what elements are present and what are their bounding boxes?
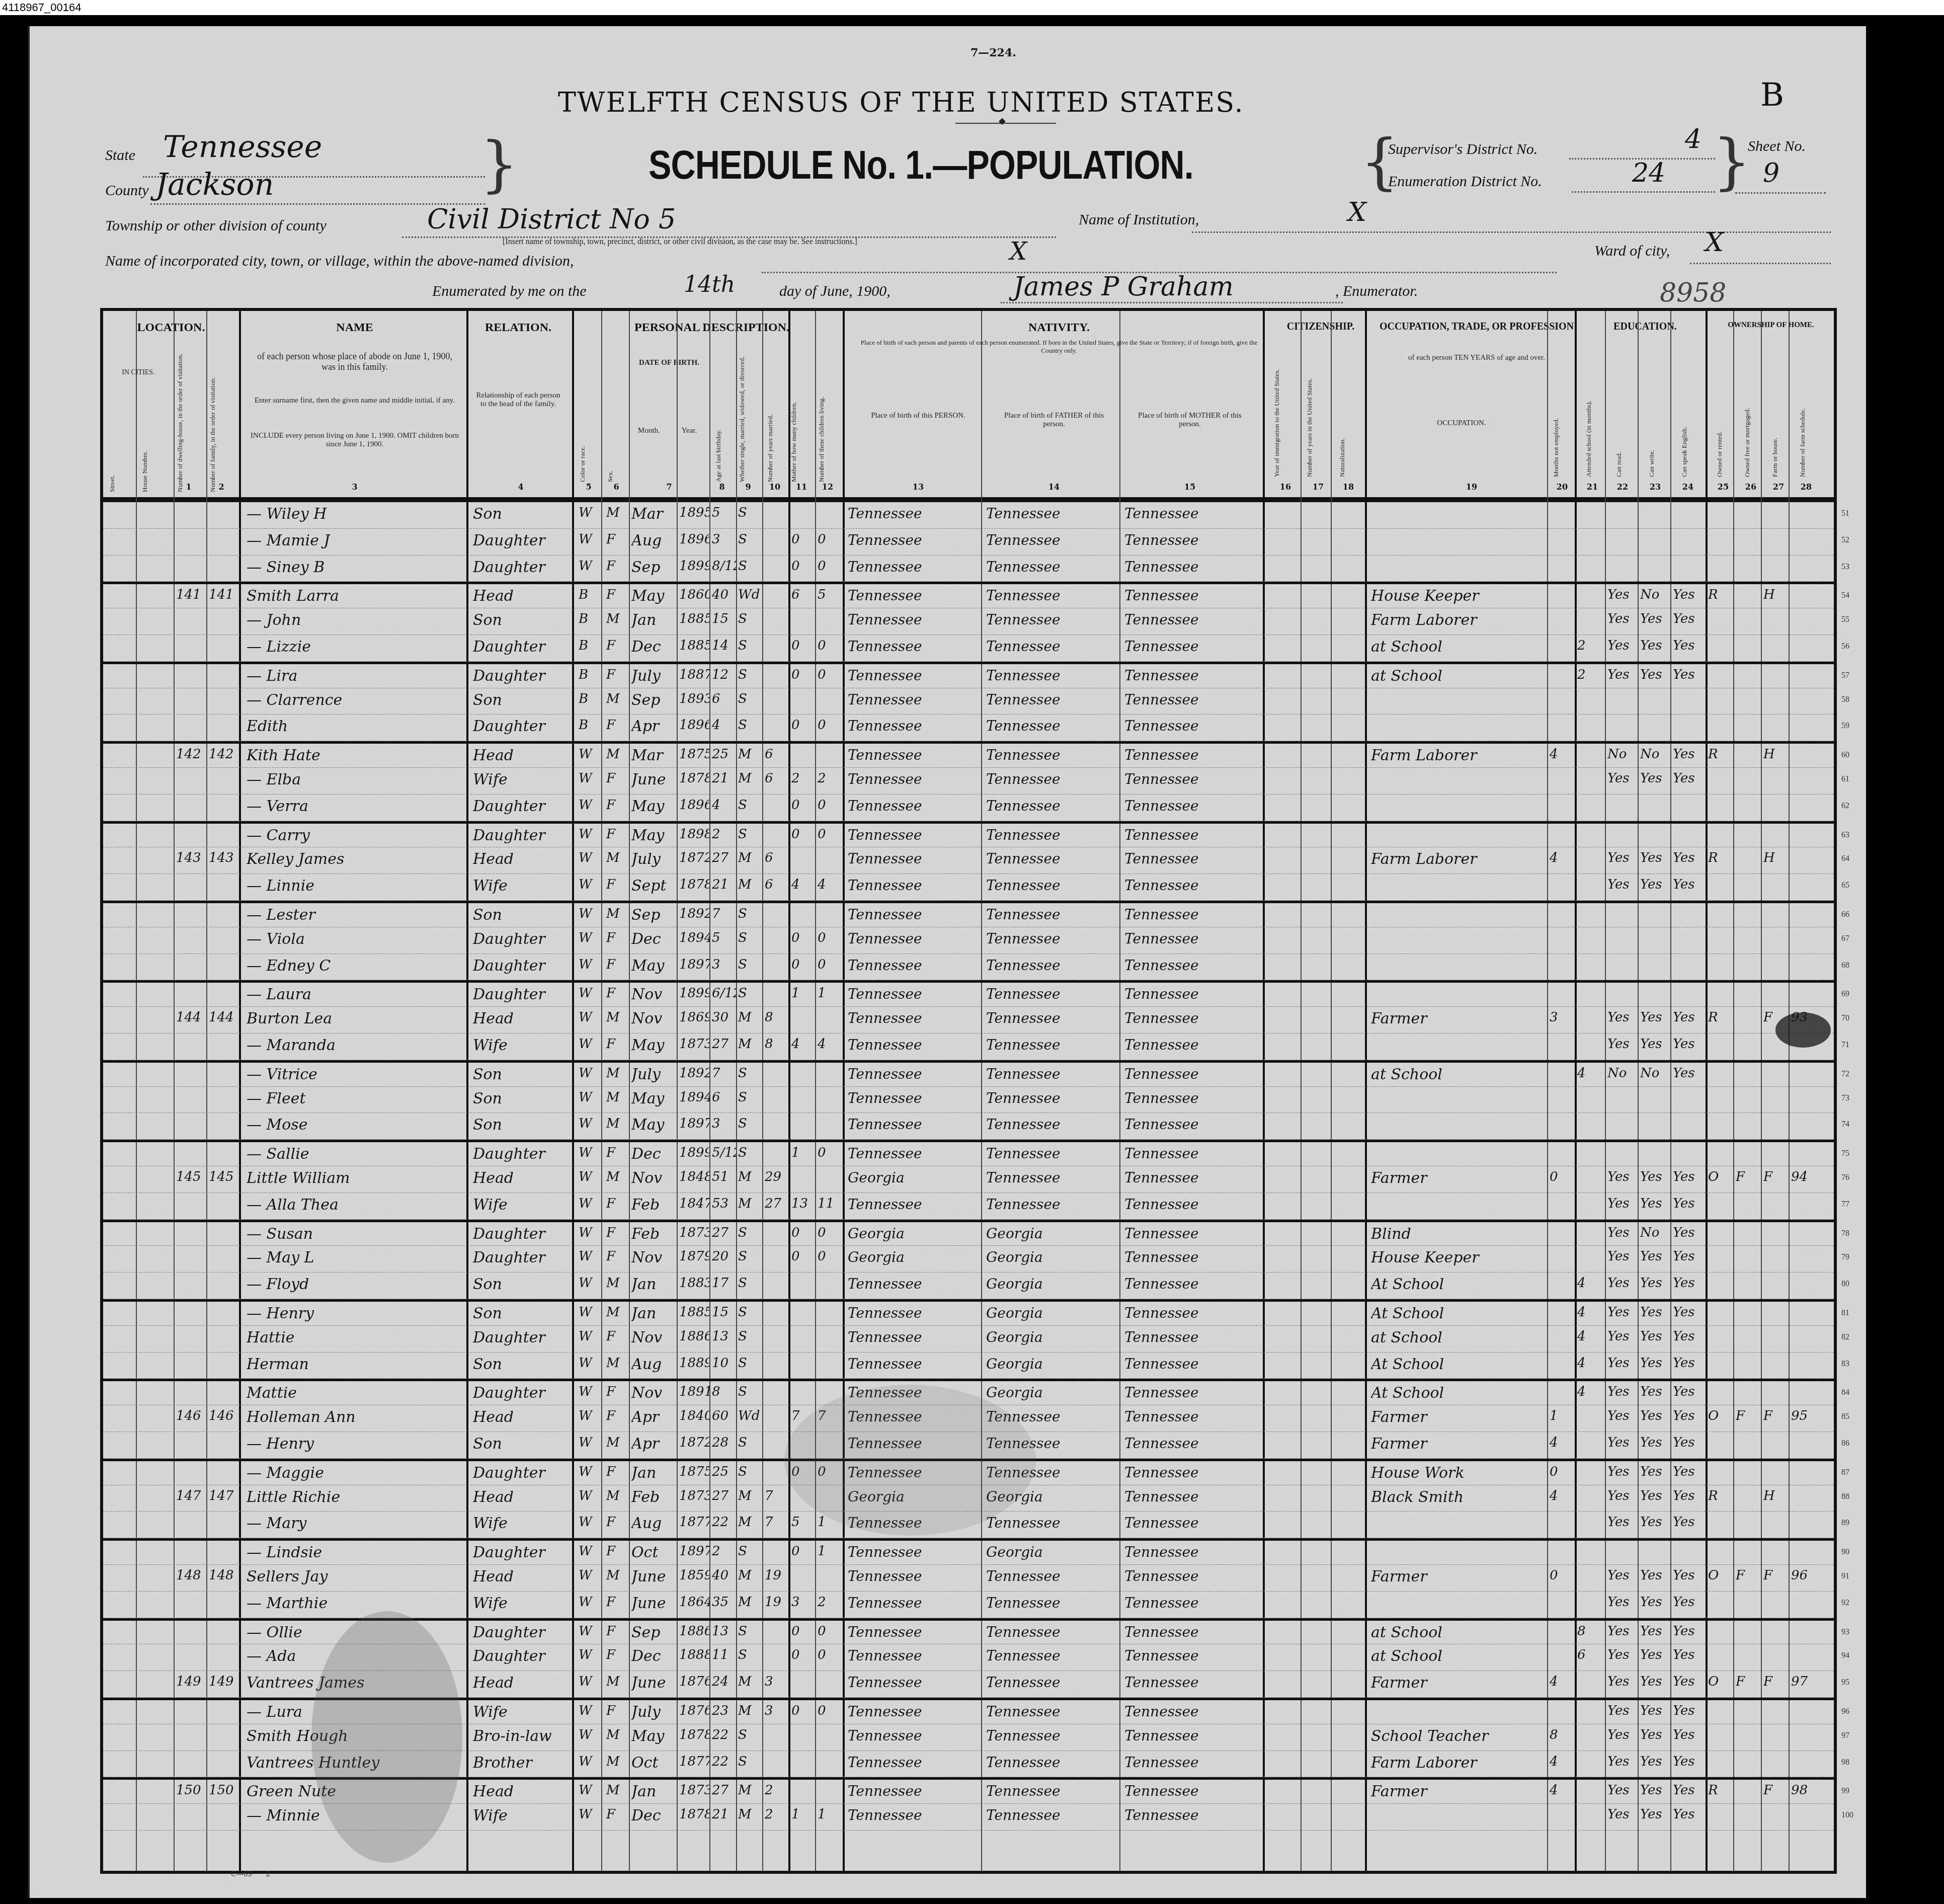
cell-can-read: Yes xyxy=(1607,1647,1637,1662)
county-label: County xyxy=(105,182,149,199)
cell-color: W xyxy=(579,1674,601,1689)
cell-birthplace-father: Tennessee xyxy=(986,1145,1117,1162)
cell-can-write: Yes xyxy=(1640,1305,1669,1320)
cell-mother-of: 0 xyxy=(791,1225,816,1240)
line-number: 71 xyxy=(1841,1041,1849,1050)
cell-years-married: 7 xyxy=(765,1515,789,1530)
cell-birth-month: May xyxy=(631,1116,677,1134)
cell-years-married: 2 xyxy=(765,1807,789,1822)
cell-birth-year: 1896 xyxy=(679,532,709,547)
cell-can-write: Yes xyxy=(1640,1464,1669,1479)
cell-children-living: 0 xyxy=(818,667,842,682)
cell-color: W xyxy=(579,1435,601,1450)
cell-farm-house: F xyxy=(1763,1169,1788,1184)
col-farm-house-label: Farm or house. xyxy=(1771,371,1779,477)
cell-children-living: 0 xyxy=(818,1647,842,1662)
cell-birthplace-mother: Tennessee xyxy=(1124,1356,1260,1372)
sheet-underline xyxy=(1735,192,1826,194)
cell-can-read: Yes xyxy=(1607,667,1637,682)
table-row: — MarandaWifeWFMay187327M844TennesseeTen… xyxy=(103,1034,1834,1060)
cell-birthplace-person: Tennessee xyxy=(848,1329,979,1345)
cell-birthplace-father: Georgia xyxy=(986,1225,1117,1242)
cell-family-number: 141 xyxy=(209,587,239,602)
line-number: 82 xyxy=(1841,1333,1849,1342)
cell-speaks-english: Yes xyxy=(1673,1807,1704,1822)
line-number: 81 xyxy=(1841,1309,1849,1318)
cell-birth-month: Feb xyxy=(631,1488,677,1506)
line-number: 54 xyxy=(1841,591,1849,600)
cell-marital-status: S xyxy=(738,957,762,972)
cell-birth-month: Jan xyxy=(631,1305,677,1322)
cell-relation: Head xyxy=(473,850,569,868)
cell-can-read: Yes xyxy=(1607,1356,1637,1371)
cell-birthplace-father: Tennessee xyxy=(986,957,1117,974)
cell-owned-rented: R xyxy=(1708,1010,1732,1025)
cell-birth-month: May xyxy=(631,1090,677,1107)
cell-color: W xyxy=(579,1595,601,1610)
cell-occupation: Farmer xyxy=(1371,1408,1547,1426)
cell-birth-year: 1892 xyxy=(679,906,709,921)
cell-occupation: Farmer xyxy=(1371,1568,1547,1585)
cell-mother-of: 0 xyxy=(791,667,816,682)
cell-birthplace-mother: Tennessee xyxy=(1124,906,1260,923)
supervisor-label: Supervisor's District No. xyxy=(1388,141,1537,158)
header-ownership: OWNERSHIP OF HOME. xyxy=(1713,321,1829,330)
brace-icon: } xyxy=(480,134,518,195)
col-num: 24 xyxy=(1678,482,1698,492)
cell-birthplace-mother: Tennessee xyxy=(1124,1145,1260,1162)
cell-marital-status: M xyxy=(738,1568,762,1583)
cell-marital-status: S xyxy=(738,505,762,520)
cell-sex: F xyxy=(606,1037,629,1052)
cell-children-living: 1 xyxy=(818,1544,842,1559)
cell-relation: Wife xyxy=(473,771,569,788)
cell-birthplace-father: Tennessee xyxy=(986,1703,1117,1720)
cell-years-married: 19 xyxy=(765,1595,789,1610)
cell-age: 40 xyxy=(712,587,736,602)
cell-person-name: — John xyxy=(247,611,463,629)
cell-occupation: Farmer xyxy=(1371,1010,1547,1027)
enumeration-underline xyxy=(1572,191,1715,193)
cell-birth-year: 1887 xyxy=(679,667,709,682)
cell-can-write: Yes xyxy=(1640,1703,1669,1718)
cell-marital-status: S xyxy=(738,1225,762,1240)
cell-sex: M xyxy=(606,505,629,520)
schedule-title: SCHEDULE No. 1.—POPULATION. xyxy=(649,142,1193,188)
cell-birth-month: Dec xyxy=(631,638,677,656)
cell-birthplace-mother: Tennessee xyxy=(1124,1169,1260,1186)
cell-color: W xyxy=(579,1196,601,1211)
cell-sex: F xyxy=(606,1595,629,1610)
cell-birth-year: 1873 xyxy=(679,1225,709,1240)
cell-birthplace-mother: Tennessee xyxy=(1124,691,1260,708)
cell-birthplace-person: Tennessee xyxy=(848,930,979,947)
cell-years-married: 27 xyxy=(765,1196,789,1211)
cell-can-read: Yes xyxy=(1607,1169,1637,1184)
cell-speaks-english: Yes xyxy=(1673,1515,1704,1530)
cell-color: B xyxy=(579,611,601,626)
cell-family-number: 144 xyxy=(209,1010,239,1025)
cell-can-read: Yes xyxy=(1607,877,1637,892)
cell-speaks-english: Yes xyxy=(1673,850,1704,865)
cell-color: W xyxy=(579,1090,601,1105)
cell-birthplace-mother: Tennessee xyxy=(1124,1544,1260,1560)
cell-birth-month: June xyxy=(631,1595,677,1612)
stamp-number: 8958 xyxy=(1660,278,1726,308)
col-num: 14 xyxy=(1044,482,1064,492)
col-marital-label: Whether single, married, widowed, or div… xyxy=(738,341,756,482)
cell-sex: F xyxy=(606,667,629,682)
cell-person-name: — Lizzie xyxy=(247,638,463,656)
cell-marital-status: S xyxy=(738,691,762,706)
header-nativity-desc: Place of birth of each person and parent… xyxy=(858,339,1260,355)
cell-marital-status: S xyxy=(738,1305,762,1320)
cell-birth-month: Nov xyxy=(631,1249,677,1266)
cell-birthplace-father: Tennessee xyxy=(986,1568,1117,1584)
cell-can-read: Yes xyxy=(1607,1276,1637,1291)
cell-relation: Wife xyxy=(473,1703,569,1721)
cell-marital-status: S xyxy=(738,1624,762,1639)
cell-birthplace-father: Tennessee xyxy=(986,771,1117,787)
cell-birth-month: Aug xyxy=(631,1515,677,1532)
cell-marital-status: M xyxy=(738,1783,762,1798)
cell-relation: Daughter xyxy=(473,1225,569,1243)
cell-sex: F xyxy=(606,1807,629,1822)
cell-sex: M xyxy=(606,691,629,706)
cell-age: 60 xyxy=(712,1408,736,1423)
cell-mother-of: 0 xyxy=(791,957,816,972)
cell-birth-month: Apr xyxy=(631,1435,677,1453)
cell-can-read: Yes xyxy=(1607,1225,1637,1240)
cell-sex: F xyxy=(606,1515,629,1530)
cell-marital-status: S xyxy=(738,1356,762,1371)
county-value: Jackson xyxy=(155,167,274,202)
cell-sex: M xyxy=(606,1488,629,1503)
table-row: 148148Sellers JayHeadWMJune185940M19Tenn… xyxy=(103,1565,1834,1592)
cell-birthplace-mother: Tennessee xyxy=(1124,1329,1260,1345)
cell-birthplace-mother: Tennessee xyxy=(1124,798,1260,814)
col-month-label: Month. xyxy=(629,427,669,435)
cell-birthplace-father: Tennessee xyxy=(986,1595,1117,1611)
cell-children-living: 0 xyxy=(818,638,842,653)
cell-mother-of: 0 xyxy=(791,638,816,653)
cell-birth-month: May xyxy=(631,957,677,975)
cell-marital-status: S xyxy=(738,1329,762,1344)
cell-birthplace-father: Georgia xyxy=(986,1305,1117,1321)
cell-sex: M xyxy=(606,1276,629,1291)
cell-children-living: 0 xyxy=(818,930,842,945)
cell-birth-year: 1876 xyxy=(679,1674,709,1689)
cell-children-living: 0 xyxy=(818,798,842,813)
cell-birth-year: 1897 xyxy=(679,957,709,972)
cell-birthplace-father: Tennessee xyxy=(986,505,1117,522)
enumeration-value: 24 xyxy=(1632,158,1665,188)
table-row: — FloydSonWMJan188317STennesseeGeorgiaTe… xyxy=(103,1273,1834,1299)
cell-can-read: Yes xyxy=(1607,1435,1637,1450)
cell-occupation: at School xyxy=(1371,667,1547,685)
cell-birthplace-father: Tennessee xyxy=(986,1647,1117,1664)
cell-mother-of: 0 xyxy=(791,798,816,813)
cell-relation: Head xyxy=(473,587,569,605)
cell-occupation: At School xyxy=(1371,1384,1547,1402)
cell-age: 20 xyxy=(712,1249,736,1264)
cell-family-number: 146 xyxy=(209,1408,239,1423)
cell-birthplace-father: Tennessee xyxy=(986,986,1117,1002)
cell-age: 27 xyxy=(712,1783,736,1798)
institution-label: Name of Institution, xyxy=(1079,211,1199,228)
township-instruction: [Insert name of township, town, precinct… xyxy=(503,237,857,247)
cell-birthplace-person: Georgia xyxy=(848,1169,979,1186)
cell-birth-year: 1897 xyxy=(679,1544,709,1559)
cell-person-name: — Floyd xyxy=(247,1276,463,1293)
cell-sex: M xyxy=(606,1674,629,1689)
cell-birthplace-person: Tennessee xyxy=(848,1595,979,1611)
form-number: 7—224. xyxy=(970,46,1016,59)
city-value: X xyxy=(1010,237,1027,266)
cell-birthplace-mother: Tennessee xyxy=(1124,1595,1260,1611)
cell-dwelling-number: 147 xyxy=(176,1488,206,1503)
cell-marital-status: M xyxy=(738,1488,762,1503)
cell-mother-of: 0 xyxy=(791,827,816,842)
cell-person-name: — Maranda xyxy=(247,1037,463,1054)
cell-birthplace-father: Tennessee xyxy=(986,798,1117,814)
cell-birth-month: Jan xyxy=(631,1783,677,1800)
cell-birthplace-father: Tennessee xyxy=(986,1196,1117,1213)
cell-sex: M xyxy=(606,906,629,921)
cell-color: W xyxy=(579,1727,601,1742)
cell-sex: F xyxy=(606,798,629,813)
cell-person-name: Hattie xyxy=(247,1329,463,1346)
township-value: Civil District No 5 xyxy=(427,203,676,235)
cell-mother-of: 1 xyxy=(791,986,816,1001)
cell-can-write: Yes xyxy=(1640,1515,1669,1530)
supervisor-value: 4 xyxy=(1685,124,1702,154)
cell-can-read: Yes xyxy=(1607,1010,1637,1025)
cell-speaks-english: Yes xyxy=(1673,1066,1704,1081)
cell-mother-of: 0 xyxy=(791,532,816,547)
cell-sex: M xyxy=(606,1754,629,1769)
cell-children-living: 0 xyxy=(818,1145,842,1160)
cell-birth-year: 1879 xyxy=(679,1249,709,1264)
cell-sex: F xyxy=(606,638,629,653)
cell-birthplace-person: Tennessee xyxy=(848,1624,979,1640)
cell-can-write: Yes xyxy=(1640,1329,1669,1344)
cell-birth-month: Feb xyxy=(631,1196,677,1214)
col-sex-label: Sex. xyxy=(606,391,614,482)
cell-school-months: 4 xyxy=(1577,1305,1603,1320)
cell-marital-status: M xyxy=(738,1807,762,1822)
cell-age: 17 xyxy=(712,1276,736,1291)
cell-birthplace-mother: Tennessee xyxy=(1124,1727,1260,1744)
cell-marital-status: S xyxy=(738,827,762,842)
cell-color: W xyxy=(579,877,601,892)
col-num: 18 xyxy=(1338,482,1358,492)
cell-can-write: Yes xyxy=(1640,667,1669,682)
cell-person-name: — Mamie J xyxy=(247,532,463,549)
cell-children-living: 0 xyxy=(818,1703,842,1718)
line-number: 94 xyxy=(1841,1651,1849,1660)
cell-occupation: Farm Laborer xyxy=(1371,850,1547,868)
cell-can-read: No xyxy=(1607,747,1637,762)
cell-school-months: 4 xyxy=(1577,1066,1603,1081)
cell-marital-status: S xyxy=(738,1544,762,1559)
cell-dwelling-number: 150 xyxy=(176,1783,206,1798)
col-occupation-label: OCCUPATION. xyxy=(1381,419,1542,428)
cell-person-name: Burton Lea xyxy=(247,1010,463,1027)
cell-relation: Head xyxy=(473,1568,569,1585)
cell-birthplace-mother: Tennessee xyxy=(1124,1249,1260,1265)
cell-sex: F xyxy=(606,1624,629,1639)
cell-birth-month: Nov xyxy=(631,986,677,1003)
cell-can-read: Yes xyxy=(1607,1305,1637,1320)
cell-mother-of: 4 xyxy=(791,877,816,892)
cell-birth-year: 1897 xyxy=(679,1116,709,1131)
cell-person-name: — Clarrence xyxy=(247,691,463,709)
cell-marital-status: M xyxy=(738,850,762,865)
cell-birthplace-father: Tennessee xyxy=(986,1515,1117,1531)
cell-color: W xyxy=(579,1783,601,1798)
cell-speaks-english: Yes xyxy=(1673,611,1704,626)
col-num: 16 xyxy=(1275,482,1295,492)
cell-speaks-english: Yes xyxy=(1673,1037,1704,1052)
cell-birthplace-father: Tennessee xyxy=(986,532,1117,548)
col-birthplace-person-label: Place of birth of this PERSON. xyxy=(858,412,979,420)
cell-occupation: Farmer xyxy=(1371,1435,1547,1453)
cell-birthplace-mother: Tennessee xyxy=(1124,1624,1260,1640)
cell-birthplace-person: Tennessee xyxy=(848,1754,979,1771)
cell-can-read: Yes xyxy=(1607,587,1637,602)
cell-months-unemployed: 8 xyxy=(1550,1727,1574,1742)
cell-birth-month: Dec xyxy=(631,1145,677,1163)
cell-months-unemployed: 4 xyxy=(1550,850,1574,865)
cell-family-number: 149 xyxy=(209,1674,239,1689)
line-number: 95 xyxy=(1841,1678,1849,1687)
cell-sex: M xyxy=(606,1116,629,1131)
cell-can-read: Yes xyxy=(1607,1703,1637,1718)
cell-birthplace-person: Tennessee xyxy=(848,1783,979,1799)
header-name-instr2: INCLUDE every person living on June 1, 1… xyxy=(249,432,460,449)
cell-occupation: Farmer xyxy=(1371,1674,1547,1692)
cell-marital-status: S xyxy=(738,638,762,653)
cell-relation: Daughter xyxy=(473,1384,569,1402)
cell-farm-schedule: 98 xyxy=(1791,1783,1826,1798)
cell-birthplace-person: Tennessee xyxy=(848,1305,979,1321)
cell-birth-month: Aug xyxy=(631,532,677,549)
cell-months-unemployed: 4 xyxy=(1550,747,1574,762)
cell-can-read: Yes xyxy=(1607,1464,1637,1479)
cell-birthplace-father: Tennessee xyxy=(986,1169,1117,1186)
table-row: — Edney CDaughterWFMay18973S00TennesseeT… xyxy=(103,954,1834,981)
cell-birthplace-person: Tennessee xyxy=(848,718,979,734)
sheet-value: 9 xyxy=(1763,158,1779,188)
cell-person-name: Edith xyxy=(247,718,463,735)
table-row: EdithDaughterBFApr18964S00TennesseeTenne… xyxy=(103,715,1834,741)
cell-birth-year: 1869 xyxy=(679,1010,709,1025)
cell-birthplace-father: Tennessee xyxy=(986,1066,1117,1082)
cell-can-write: Yes xyxy=(1640,1408,1669,1423)
cell-free-mortgaged: F xyxy=(1736,1568,1760,1583)
cell-relation: Daughter xyxy=(473,667,569,685)
cell-person-name: — Elba xyxy=(247,771,463,788)
col-year-label: Year. xyxy=(669,427,709,435)
cell-birthplace-mother: Tennessee xyxy=(1124,1703,1260,1720)
header-in-cities: IN CITIES. xyxy=(103,369,174,377)
cell-age: 27 xyxy=(712,1488,736,1503)
col-birthplace-mother-label: Place of birth of MOTHER of this person. xyxy=(1129,412,1250,429)
cell-can-read: Yes xyxy=(1607,1807,1637,1822)
cell-occupation: At School xyxy=(1371,1276,1547,1293)
cell-birthplace-father: Tennessee xyxy=(986,1037,1117,1053)
table-row: — ViolaDaughterWFDec18945S00TennesseeTen… xyxy=(103,927,1834,954)
cell-age: 11 xyxy=(712,1647,736,1662)
cell-birthplace-person: Tennessee xyxy=(848,771,979,787)
cell-can-read: Yes xyxy=(1607,1674,1637,1689)
cell-birthplace-mother: Tennessee xyxy=(1124,718,1260,734)
cell-dwelling-number: 141 xyxy=(176,587,206,602)
cell-speaks-english: Yes xyxy=(1673,1010,1704,1025)
cell-can-write: Yes xyxy=(1640,1356,1669,1371)
cell-relation: Daughter xyxy=(473,798,569,815)
col-years-married-label: Number of years married. xyxy=(766,341,774,482)
cell-marital-status: M xyxy=(738,1010,762,1025)
cell-person-name: Little Richie xyxy=(247,1488,463,1506)
col-english-label: Can speak English. xyxy=(1680,371,1688,477)
col-mortgaged-label: Owned free or mortgaged. xyxy=(1743,351,1751,477)
cell-can-read: No xyxy=(1607,1066,1637,1081)
cell-can-write: No xyxy=(1640,1066,1669,1081)
cell-age: 13 xyxy=(712,1329,736,1344)
table-row: — CarryDaughterWFMay18982S00TennesseeTen… xyxy=(103,821,1834,848)
cell-birthplace-person: Tennessee xyxy=(848,798,979,814)
table-row: HermanSonWMAug188910STennesseeGeorgiaTen… xyxy=(103,1353,1834,1379)
cell-relation: Daughter xyxy=(473,1329,569,1346)
cell-birth-year: 1885 xyxy=(679,611,709,626)
cell-color: W xyxy=(579,1807,601,1822)
cell-relation: Son xyxy=(473,1305,569,1322)
cell-speaks-english: Yes xyxy=(1673,1624,1704,1639)
cell-birthplace-mother: Tennessee xyxy=(1124,532,1260,548)
cell-sex: F xyxy=(606,930,629,945)
col-num: 11 xyxy=(791,482,812,492)
cell-marital-status: S xyxy=(738,1249,762,1264)
cell-color: W xyxy=(579,1249,601,1264)
cell-relation: Son xyxy=(473,1356,569,1373)
line-number: 74 xyxy=(1841,1120,1849,1129)
cell-birth-month: Sep xyxy=(631,559,677,576)
cell-birth-year: 1899 xyxy=(679,986,709,1001)
cell-owned-rented: R xyxy=(1708,1488,1732,1503)
cell-speaks-english: Yes xyxy=(1673,747,1704,762)
cell-dwelling-number: 143 xyxy=(176,850,206,865)
table-row: 142142Kith HateHeadWMMar187525M6Tennesse… xyxy=(103,741,1834,768)
cell-can-write: Yes xyxy=(1640,638,1669,653)
cell-birth-year: 1896 xyxy=(679,718,709,733)
cell-sex: M xyxy=(606,1169,629,1184)
cell-occupation: Blind xyxy=(1371,1225,1547,1243)
line-number: 63 xyxy=(1841,831,1849,840)
cell-relation: Son xyxy=(473,906,569,924)
cell-marital-status: M xyxy=(738,771,762,786)
ward-underline xyxy=(1690,263,1831,264)
line-number: 66 xyxy=(1841,910,1849,919)
col-num: 22 xyxy=(1612,482,1633,492)
cell-color: B xyxy=(579,718,601,733)
cell-children-living: 0 xyxy=(818,827,842,842)
ward-label: Ward of city, xyxy=(1594,243,1670,260)
cell-birth-month: Aug xyxy=(631,1356,677,1373)
cell-color: W xyxy=(579,1624,601,1639)
cell-relation: Head xyxy=(473,1010,569,1027)
